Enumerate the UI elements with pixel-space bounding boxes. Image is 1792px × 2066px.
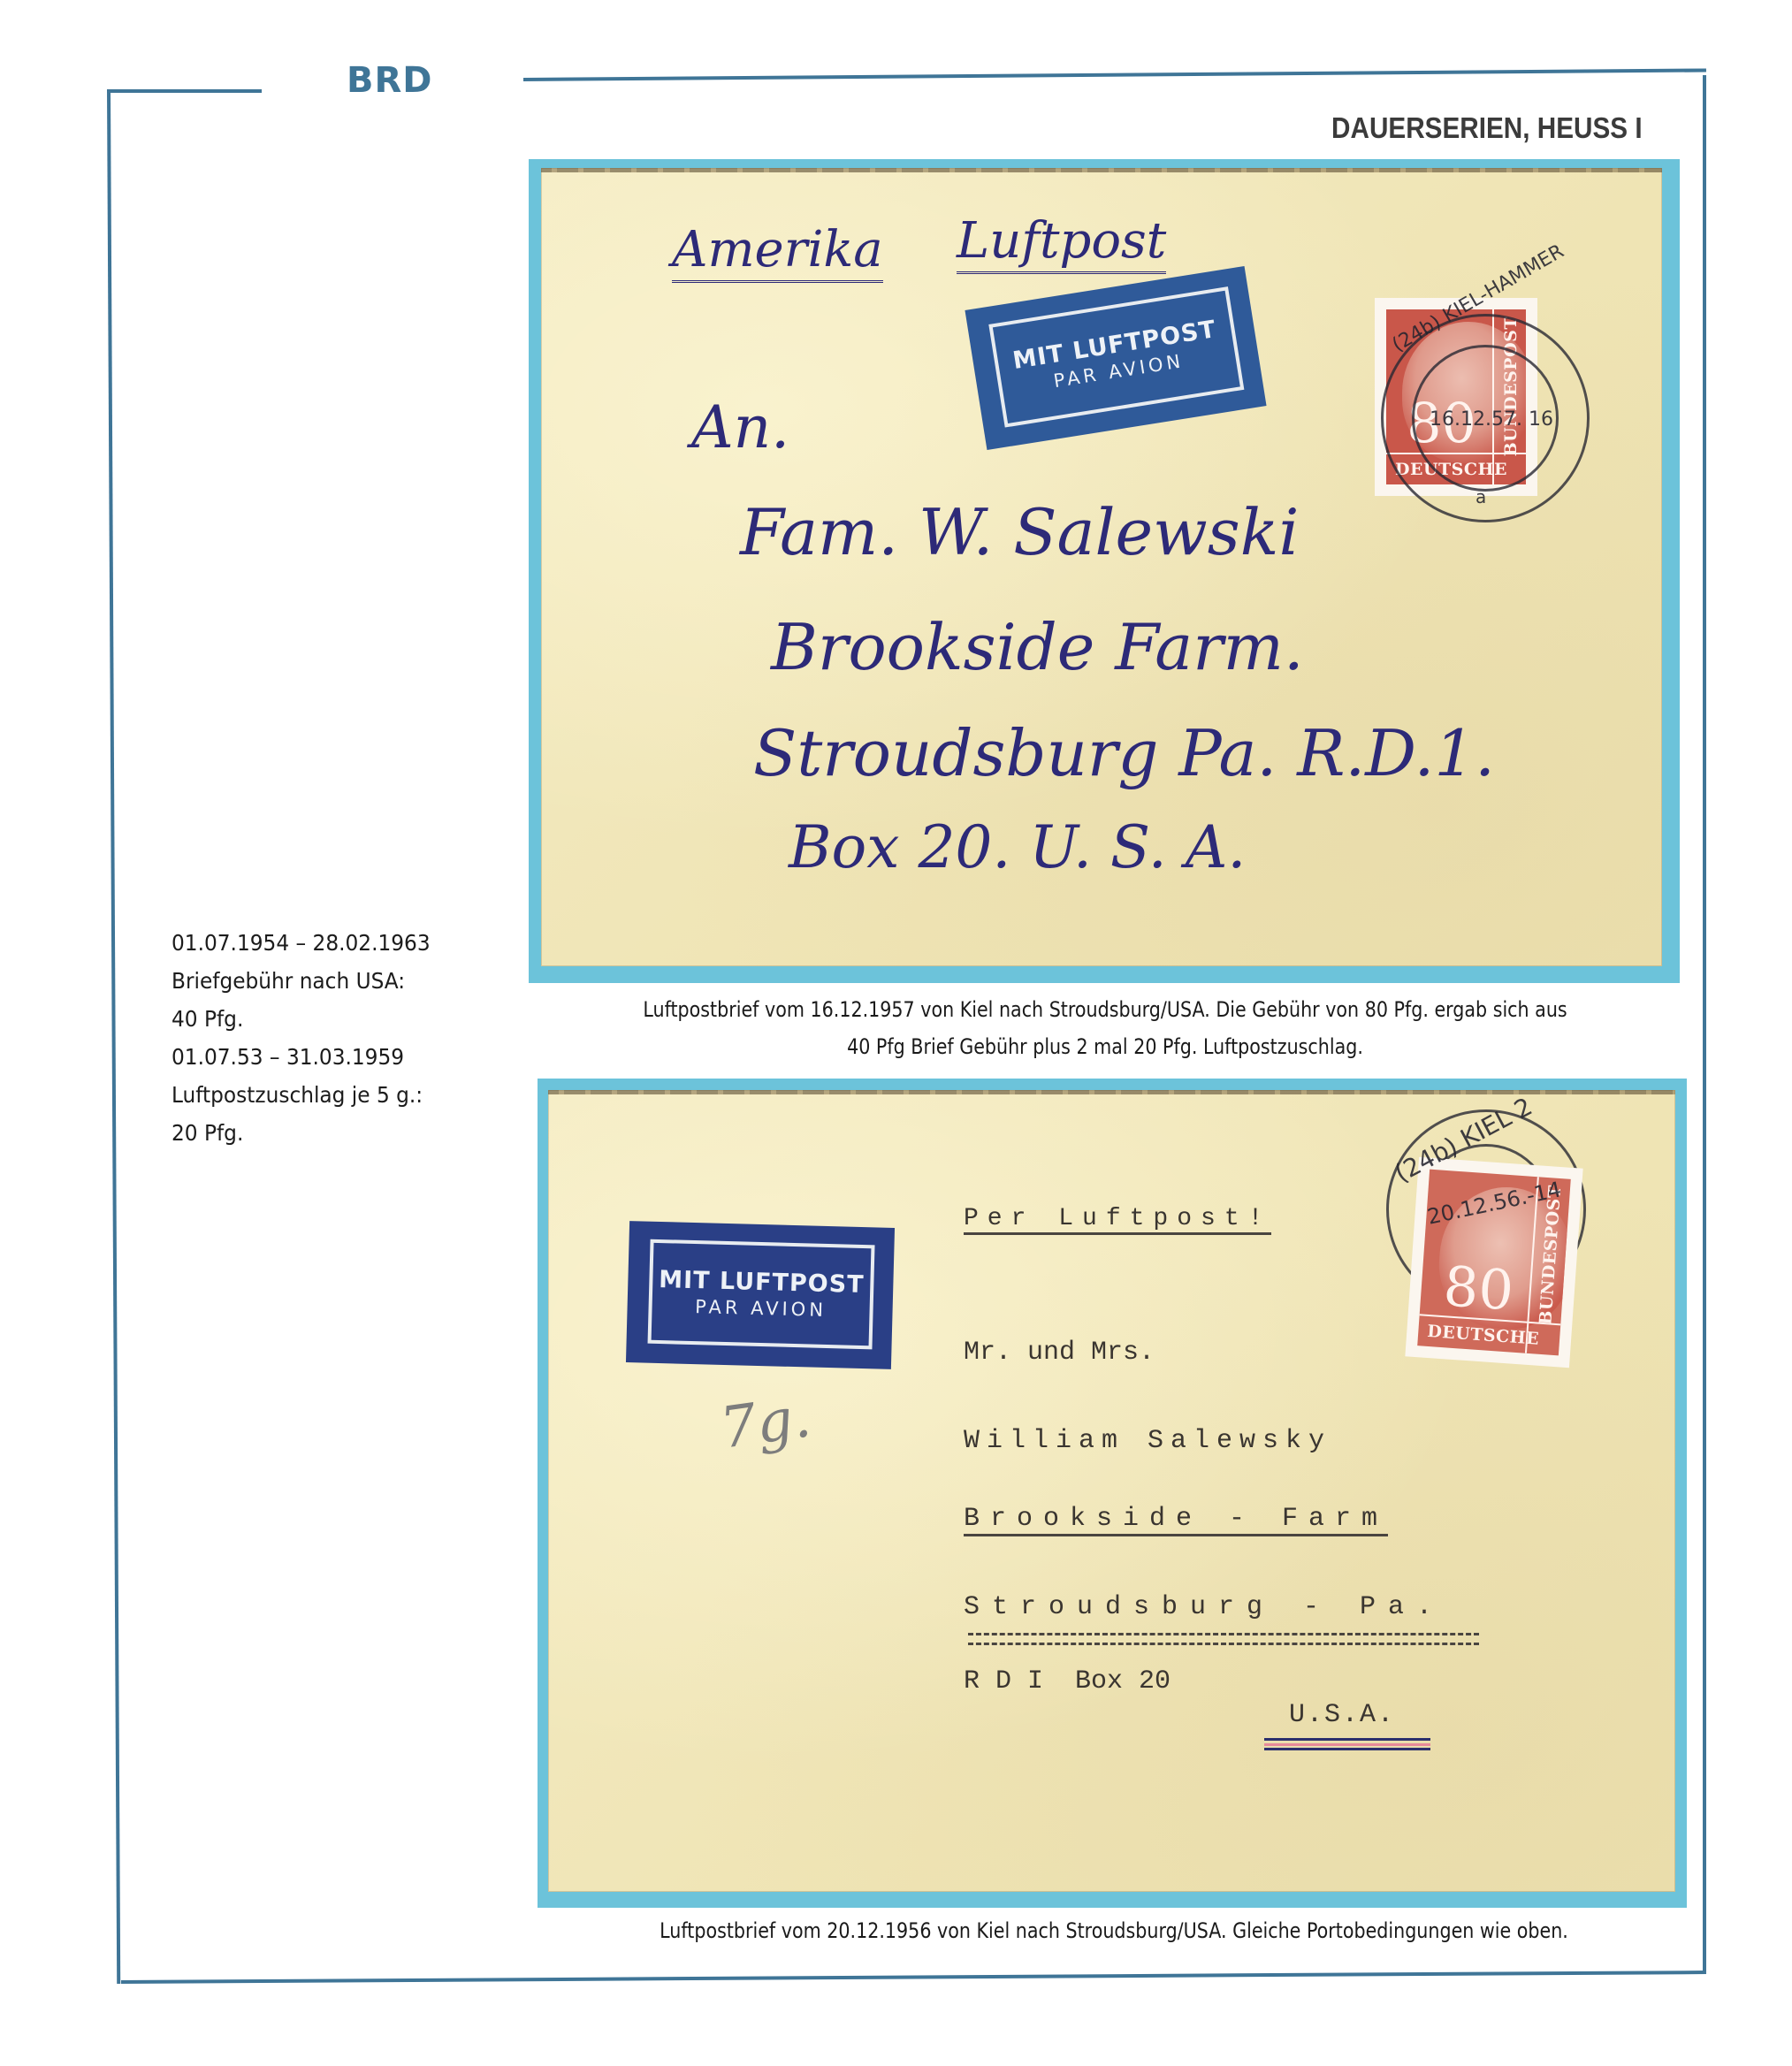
note-line: 20 Pfg. bbox=[172, 1114, 431, 1152]
frame-left bbox=[107, 89, 120, 1984]
note-line: Briefgebühr nach USA: bbox=[172, 962, 431, 1000]
cover-1-airmail-label: MIT LUFTPOST PAR AVION bbox=[965, 266, 1266, 450]
typed-name: William Salewsky bbox=[964, 1426, 1331, 1456]
stamp-value: 80 bbox=[1442, 1259, 1515, 1318]
torn-edge bbox=[548, 1090, 1675, 1094]
note-line: 01.07.53 – 31.03.1959 bbox=[172, 1038, 431, 1076]
frame-top-left bbox=[107, 89, 262, 93]
airmail-line-2: PAR AVION bbox=[695, 1295, 827, 1322]
rate-notes: 01.07.1954 – 28.02.1963 Briefgebühr nach… bbox=[172, 924, 431, 1152]
cover-2-airmail-label: MIT LUFTPOST PAR AVION bbox=[626, 1221, 895, 1369]
address-line: Fam. W. Salewski bbox=[740, 495, 1299, 569]
typed-box: R D I Box 20 bbox=[964, 1666, 1171, 1696]
note-line: 40 Pfg. bbox=[172, 1000, 431, 1038]
frame-bottom bbox=[121, 1971, 1706, 1984]
note-line: 01.07.1954 – 28.02.1963 bbox=[172, 924, 431, 962]
typed-farm: Brookside - Farm bbox=[964, 1504, 1388, 1536]
frame-top-right bbox=[523, 68, 1706, 81]
airmail-label-border: MIT LUFTPOST PAR AVION bbox=[648, 1239, 875, 1350]
typed-double-rule bbox=[968, 1633, 1479, 1645]
handwritten-luftpost: Luftpost bbox=[957, 212, 1166, 274]
cover-1-caption-line-1: Luftpostbrief vom 16.12.1957 von Kiel na… bbox=[573, 997, 1637, 1022]
postmark-date: 16.12.57. 16 bbox=[1430, 408, 1553, 431]
address-line: Box 20. U. S. A. bbox=[789, 813, 1246, 881]
address-line: Stroudsburg Pa. R.D.1. bbox=[753, 716, 1495, 790]
cover-1-envelope[interactable]: Amerika Luftpost MIT LUFTPOST PAR AVION … bbox=[541, 168, 1662, 966]
typed-city: Stroudsburg - Pa. bbox=[964, 1592, 1445, 1622]
cover-2-envelope[interactable]: MIT LUFTPOST PAR AVION 7g. 80 DEUTSCHE B… bbox=[548, 1090, 1675, 1892]
frame-right bbox=[1703, 75, 1706, 1971]
airmail-label-border: MIT LUFTPOST PAR AVION bbox=[988, 286, 1244, 427]
usa-underline bbox=[1264, 1738, 1430, 1750]
typed-country: U.S.A. bbox=[1289, 1700, 1395, 1730]
postmark-code: a bbox=[1476, 486, 1486, 507]
typed-header: Per Luftpost! bbox=[964, 1205, 1271, 1235]
address-line: Brookside Farm. bbox=[771, 610, 1304, 684]
address-line: An. bbox=[691, 393, 789, 461]
weight-pencil-note: 7g. bbox=[716, 1384, 814, 1461]
handwritten-amerika: Amerika bbox=[672, 221, 883, 283]
series-title: DAUERSERIEN, HEUSS I bbox=[1331, 111, 1643, 145]
airmail-line-1: MIT LUFTPOST bbox=[659, 1266, 865, 1300]
note-line: Luftpostzuschlag je 5 g.: bbox=[172, 1076, 431, 1114]
cover-1-caption-line-2: 40 Pfg Brief Gebühr plus 2 mal 20 Pfg. L… bbox=[573, 1034, 1637, 1059]
typed-salutation: Mr. und Mrs. bbox=[964, 1338, 1155, 1368]
torn-edge bbox=[541, 168, 1662, 172]
cover-2-caption: Luftpostbrief vom 20.12.1956 von Kiel na… bbox=[582, 1918, 1646, 1943]
country-heading: BRD bbox=[347, 60, 433, 101]
